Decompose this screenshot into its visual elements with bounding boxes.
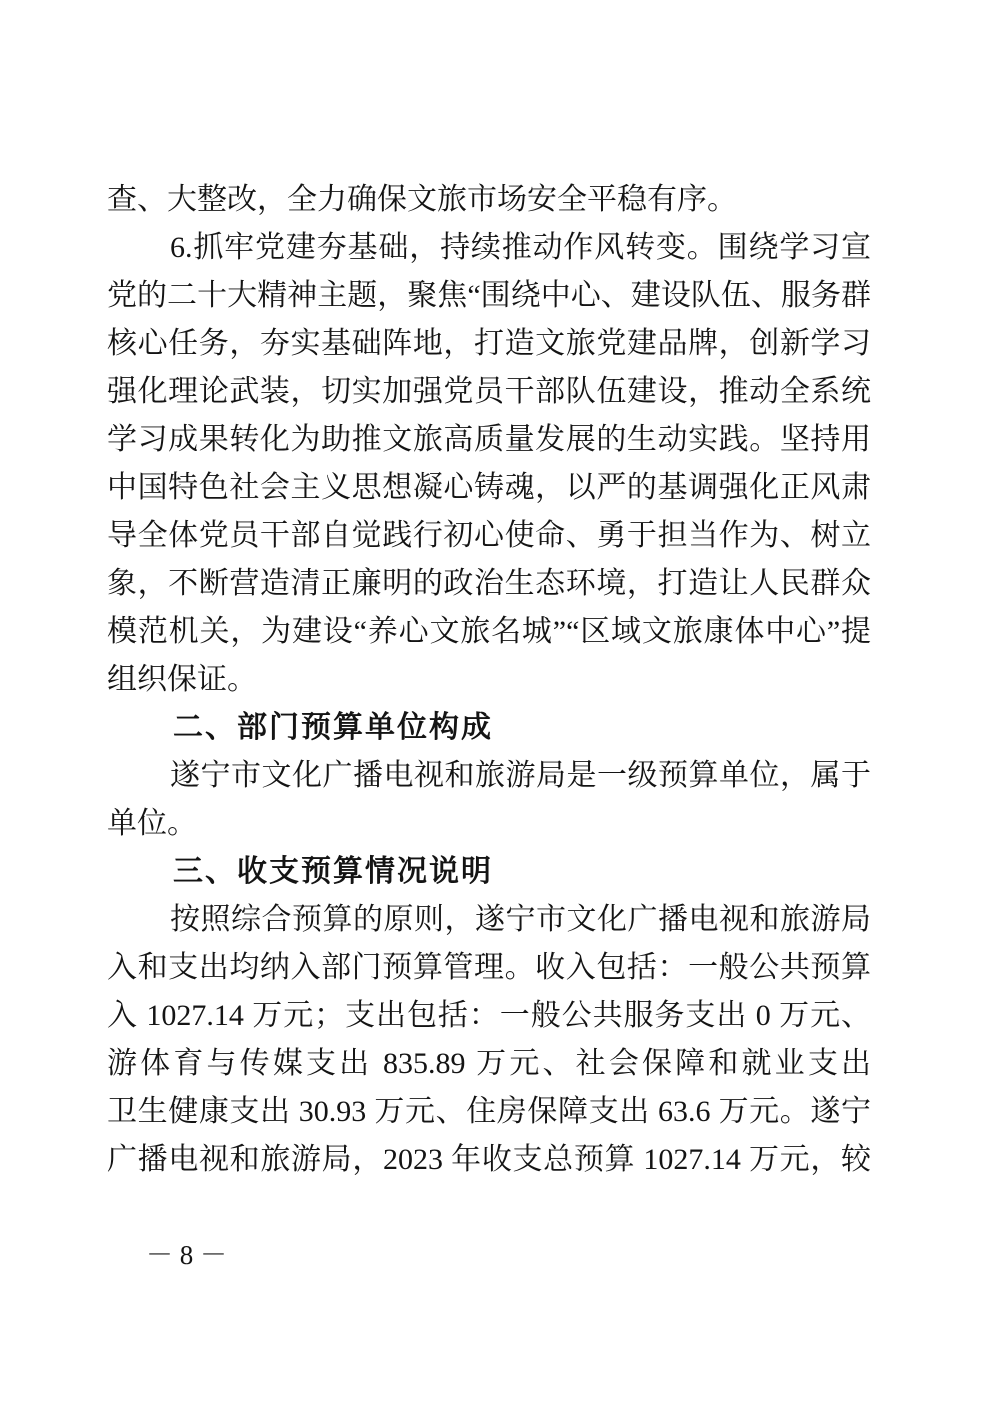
document-body: 查、大整改，全力确保文旅市场安全平稳有序。 6.抓牢党建夯基础，持续推动作风转变… <box>107 176 871 1184</box>
text-line: 模范机关，为建设“养心文旅名城”“区域文旅康体中心”提供坚强 <box>107 608 871 656</box>
paragraph-first-line: 按照综合预算的原则，遂宁市文化广播电视和旅游局所有收 <box>107 896 871 944</box>
text-line: 广播电视和旅游局，2023 年收支总预算 1027.14 万元，较 2022 <box>107 1136 871 1184</box>
paragraph-continuation-line: 查、大整改，全力确保文旅市场安全平稳有序。 <box>107 176 871 224</box>
text-line: 象，不断营造清正廉明的政治生态环境，打造让人民群众满意的 <box>107 560 871 608</box>
text-line: 入和支出均纳入部门预算管理。收入包括：一般公共预算拨款收 <box>107 944 871 992</box>
text-line: 中国特色社会主义思想凝心铸魂，以严的基调强化正风肃纪，引 <box>107 464 871 512</box>
section-heading-2: 二、部门预算单位构成 <box>107 704 871 752</box>
text-line: 强化理论武装，切实加强党员干部队伍建设，推动全系统加快把 <box>107 368 871 416</box>
page-number: － 8 － <box>146 1240 227 1270</box>
text-line: 入 1027.14 万元；支出包括：一般公共服务支出 0 万元、文化旅 <box>107 992 871 1040</box>
paragraph-first-line: 遂宁市文化广播电视和旅游局是一级预算单位，属于行政 <box>107 752 871 800</box>
text-line: 游体育与传媒支出 835.89 万元、社会保障和就业支出 96.72 万元、 <box>107 1040 871 1088</box>
section-heading-3: 三、收支预算情况说明 <box>107 848 871 896</box>
text-line: 党的二十大精神主题，聚焦“围绕中心、建设队伍、服务群众” <box>107 272 871 320</box>
paragraph-last-line: 单位。 <box>107 800 871 848</box>
paragraph-last-line: 组织保证。 <box>107 656 871 704</box>
text-line: 学习成果转化为助推文旅高质量发展的生动实践。坚持用新时代 <box>107 416 871 464</box>
paragraph-first-line: 6.抓牢党建夯基础，持续推动作风转变。围绕学习宣传贯彻 <box>107 224 871 272</box>
text-line: 导全体党员干部自觉践行初心使命、勇于担当作为、树立良好形 <box>107 512 871 560</box>
text-line: 卫生健康支出 30.93 万元、住房保障支出 63.6 万元。遂宁市文化 <box>107 1088 871 1136</box>
document-page: 查、大整改，全力确保文旅市场安全平稳有序。 6.抓牢党建夯基础，持续推动作风转变… <box>0 0 992 1403</box>
text-line: 核心任务，夯实基础阵地，打造文旅党建品牌，创新学习方式， <box>107 320 871 368</box>
